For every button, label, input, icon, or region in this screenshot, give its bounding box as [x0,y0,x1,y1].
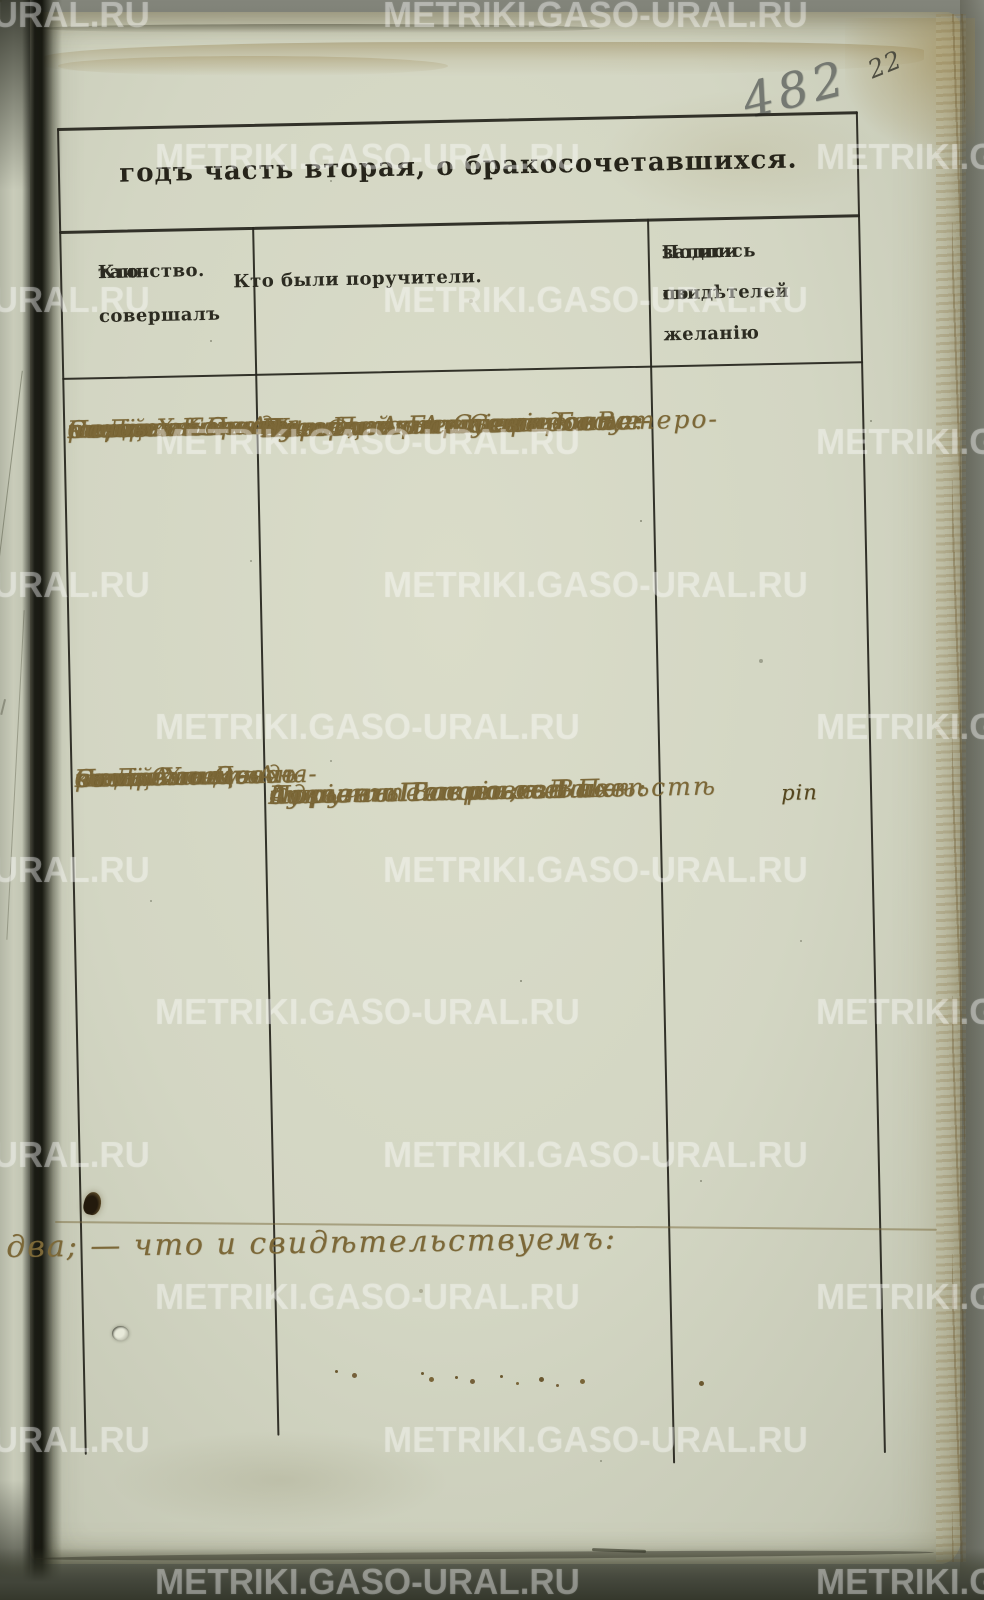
watermark-row: METRIKI.GASO-URAL.RUMETRIKI.GASO-URAL.RU [0,991,984,1035]
watermark-text: METRIKI.GASO-URAL.RU [0,0,150,36]
watermark-row: METRIKI.GASO-URAL.RUMETRIKI.GASO-URAL.RU [0,1276,984,1320]
watermark-text: METRIKI.GASO-URAL.RU [383,279,808,321]
watermark-row: METRIKI.GASO-URAL.RUMETRIKI.GASO-URAL.RU [0,279,984,323]
scanner-background-right [960,0,984,1600]
watermark-text: METRIKI.GASO-URAL.RU [155,1561,580,1600]
watermark-row: METRIKI.GASO-URAL.RUMETRIKI.GASO-URAL.RU [0,706,984,750]
watermark-row: METRIKI.GASO-URAL.RUMETRIKI.GASO-URAL.RU [0,421,984,465]
metric-book-scan: 482 22 годъ часть вторая, о бракосочетав… [0,0,984,1600]
watermark-row: METRIKI.GASO-URAL.RUMETRIKI.GASO-URAL.RU [0,1419,984,1463]
paper-hole [112,1326,129,1341]
text-line: повъ [269,775,340,814]
binding-gutter-shadow [22,0,62,1600]
watermark-text: METRIKI.GASO-URAL.RU [816,136,984,178]
watermark-text: METRIKI.GASO-URAL.RU [0,1419,150,1461]
ink-specks [335,1370,338,1373]
watermark-row: METRIKI.GASO-URAL.RUMETRIKI.GASO-URAL.RU [0,1134,984,1178]
watermark-text: METRIKI.GASO-URAL.RU [155,991,580,1033]
watermark-row: METRIKI.GASO-URAL.RUMETRIKI.GASO-URAL.RU [0,1561,984,1600]
watermark-text: METRIKI.GASO-URAL.RU [383,564,808,606]
watermark-row: METRIKI.GASO-URAL.RUMETRIKI.GASO-URAL.RU [0,564,984,608]
watermark-text: METRIKI.GASO-URAL.RU [816,1276,984,1318]
marginal-note: pin [781,780,818,805]
watermark-text: METRIKI.GASO-URAL.RU [155,706,580,748]
watermark-row: METRIKI.GASO-URAL.RUMETRIKI.GASO-URAL.RU [0,0,984,38]
watermark-text: METRIKI.GASO-URAL.RU [155,1276,580,1318]
watermark-row: METRIKI.GASO-URAL.RUMETRIKI.GASO-URAL.RU [0,849,984,893]
column-header-guarantors: Кто были поручители. [233,262,628,270]
watermark-text: METRIKI.GASO-URAL.RU [0,849,150,891]
watermark-text: METRIKI.GASO-URAL.RU [383,849,808,891]
watermark-text: METRIKI.GASO-URAL.RU [816,991,984,1033]
watermark-text: METRIKI.GASO-URAL.RU [383,1134,808,1176]
header-row-bottom-line [62,361,863,380]
watermark-text: METRIKI.GASO-URAL.RU [383,0,808,36]
watermark-text: METRIKI.GASO-URAL.RU [816,421,984,463]
page-top-tear [58,56,448,76]
text-line: вымъ. [74,759,157,798]
watermark-text: METRIKI.GASO-URAL.RU [0,564,150,606]
watermark-text: METRIKI.GASO-URAL.RU [383,1419,808,1461]
watermark-text: METRIKI.GASO-URAL.RU [155,421,580,463]
watermark-text: METRIKI.GASO-URAL.RU [155,136,580,178]
watermark-text: METRIKI.GASO-URAL.RU [0,1134,150,1176]
watermark-text: METRIKI.GASO-URAL.RU [816,1561,984,1600]
watermark-text: METRIKI.GASO-URAL.RU [0,279,150,321]
watermark-text: METRIKI.GASO-URAL.RU [816,706,984,748]
watermark-row: METRIKI.GASO-URAL.RUMETRIKI.GASO-URAL.RU [0,136,984,180]
